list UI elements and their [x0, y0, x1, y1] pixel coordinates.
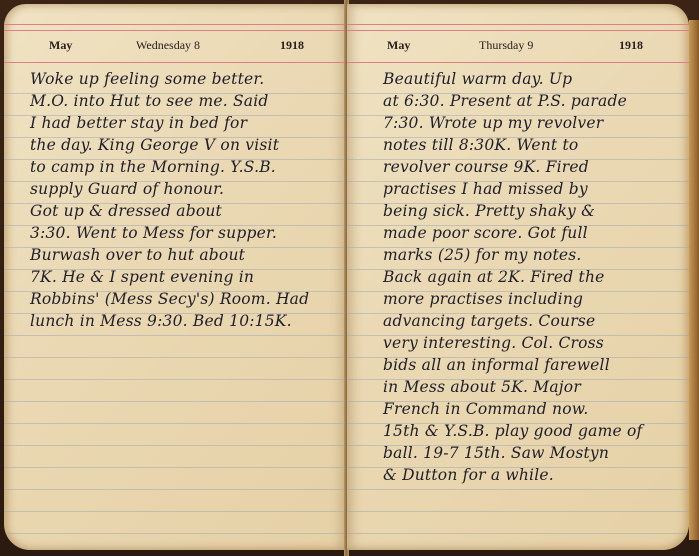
entry-line: the day. King George V on visit	[30, 134, 335, 156]
entry-line: 3:30. Went to Mess for supper.	[30, 222, 335, 244]
entry-line: more practises including	[383, 288, 683, 310]
entry-line: ball. 19-7 15th. Saw Mostyn	[383, 442, 683, 464]
entry-line: revolver course 9K. Fired	[383, 156, 683, 178]
entry-line: supply Guard of honour.	[30, 178, 335, 200]
entry-line: in Mess about 5K. Major	[383, 376, 683, 398]
entry-line: I had better stay in bed for	[30, 112, 335, 134]
header-rule-bottom	[4, 62, 346, 63]
diary-entry: Beautiful warm day. Up at 6:30. Present …	[383, 68, 683, 486]
entry-line: to camp in the Morning. Y.S.B.	[30, 156, 335, 178]
entry-line: 7:30. Wrote up my revolver	[383, 112, 683, 134]
entry-line: made poor score. Got full	[383, 222, 683, 244]
day-label: Wednesday 8	[136, 38, 200, 53]
entry-line: advancing targets. Course	[383, 310, 683, 332]
entry-line: marks (25) for my notes.	[383, 244, 683, 266]
entry-line: notes till 8:30K. Went to	[383, 134, 683, 156]
entry-line: Beautiful warm day. Up	[383, 68, 683, 90]
header-rule-top	[4, 24, 346, 31]
year-label: 1918	[280, 38, 304, 53]
entry-line: lunch in Mess 9:30. Bed 10:15K.	[30, 310, 335, 332]
entry-line: bids all an informal farewell	[383, 354, 683, 376]
month-label: May	[387, 38, 410, 53]
entry-line: Back again at 2K. Fired the	[383, 266, 683, 288]
page-header: May Thursday 9 1918	[347, 38, 689, 58]
entry-line: M.O. into Hut to see me. Said	[30, 90, 335, 112]
entry-line: 15th & Y.S.B. play good game of	[383, 420, 683, 442]
entry-line: being sick. Pretty shaky &	[383, 200, 683, 222]
entry-line: Robbins' (Mess Secy's) Room. Had	[30, 288, 335, 310]
page-edges	[689, 20, 699, 540]
day-label: Thursday 9	[479, 38, 533, 53]
entry-line: 7K. He & I spent evening in	[30, 266, 335, 288]
page-header: May Wednesday 8 1918	[4, 38, 346, 58]
entry-line: Burwash over to hut about	[30, 244, 335, 266]
entry-line: practises I had missed by	[383, 178, 683, 200]
diary-entry: Woke up feeling some better. M.O. into H…	[30, 68, 335, 332]
left-page: May Wednesday 8 1918 Woke up feeling som…	[4, 4, 346, 550]
entry-line: at 6:30. Present at P.S. parade	[383, 90, 683, 112]
entry-line: & Dutton for a while.	[383, 464, 683, 486]
entry-line: Woke up feeling some better.	[30, 68, 335, 90]
year-label: 1918	[619, 38, 643, 53]
entry-line: very interesting. Col. Cross	[383, 332, 683, 354]
header-rule-top	[347, 24, 689, 31]
entry-line: French in Command now.	[383, 398, 683, 420]
entry-line: Got up & dressed about	[30, 200, 335, 222]
right-page: May Thursday 9 1918 Beautiful warm day. …	[347, 4, 689, 550]
month-label: May	[49, 38, 72, 53]
header-rule-bottom	[347, 62, 689, 63]
